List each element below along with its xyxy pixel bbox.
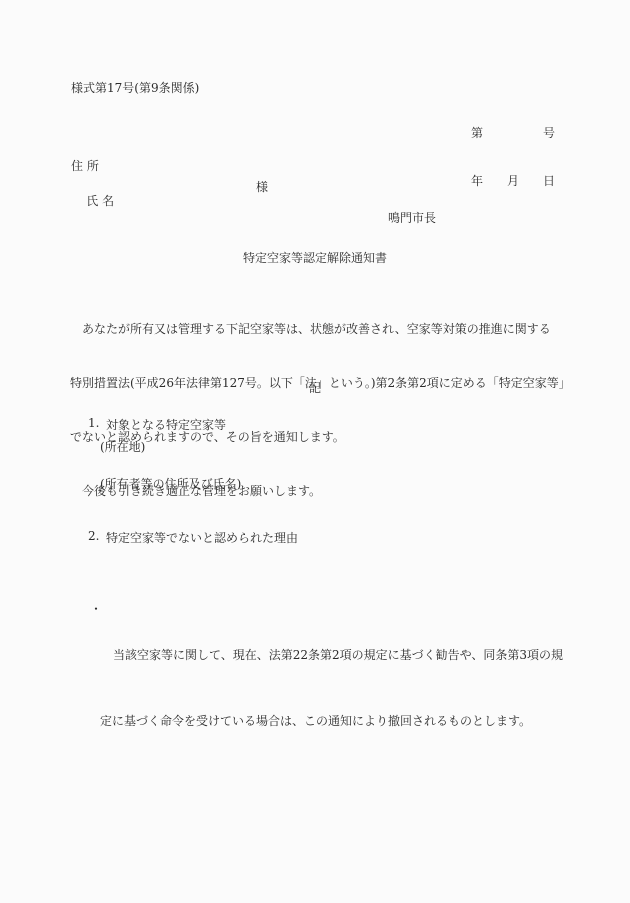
date-year-label: 年	[471, 174, 483, 194]
document-number-block: 第 号 年 月 日	[471, 98, 555, 222]
sender-name: 鳴門市長	[388, 209, 436, 226]
document-number-line: 第 号	[471, 126, 555, 146]
note-line: 定に基づく命令を受けている場合は、この通知により撤回されるものとします。	[100, 710, 570, 732]
list-item-1-sublabel-owner: (所有者等の住所及び氏名)	[100, 475, 241, 492]
list-item-2: 2. 特定空家等でないと認められた理由	[88, 529, 298, 546]
doc-number-prefix: 第	[471, 126, 483, 146]
doc-number-suffix: 号	[543, 126, 555, 146]
paragraph-line: あなたが所有又は管理する下記空家等は、状態が改善され、空家等対策の推進に関する	[70, 320, 575, 338]
note-text: 当該空家等に関して、現在、法第22条第2項の規定に基づく勧告や、同条第3項の規 …	[100, 600, 570, 776]
list-item-2-number: 2.	[88, 529, 106, 546]
record-marker: 記	[0, 379, 630, 396]
list-item-1-sublabel-location: (所在地)	[100, 438, 145, 455]
date-day-label: 日	[543, 174, 555, 194]
document-title: 特定空家等認定解除通知書	[0, 249, 630, 266]
list-item-1: 1. 対象となる特定空家等	[88, 416, 226, 433]
recipient-name-label: 氏 名	[86, 194, 114, 208]
main-paragraph: あなたが所有又は管理する下記空家等は、状態が改善され、空家等対策の推進に関する …	[70, 284, 575, 536]
recipient-honorific: 様	[256, 178, 268, 195]
date-month-label: 月	[507, 174, 519, 194]
recipient-name-line: 氏 名 様	[71, 178, 471, 237]
form-number: 様式第17号(第9条関係)	[71, 79, 199, 96]
recipient-address-label: 住 所	[71, 157, 99, 174]
list-item-1-number: 1.	[88, 416, 106, 433]
list-item-1-label: 対象となる特定空家等	[106, 416, 226, 433]
list-item-2-label: 特定空家等でないと認められた理由	[106, 529, 298, 546]
date-line: 年 月 日	[471, 174, 555, 194]
document-page: 様式第17号(第9条関係) 第 号 年 月 日 住 所 氏 名 様 鳴門市長 特…	[0, 0, 630, 903]
note-line: 当該空家等に関して、現在、法第22条第2項の規定に基づく勧告や、同条第3項の規	[100, 644, 570, 666]
